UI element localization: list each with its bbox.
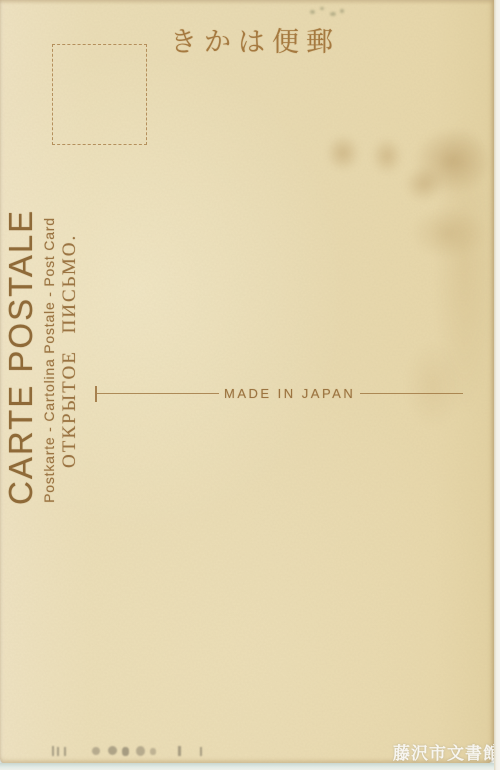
postcard-paper: きかは便郵 CARTE POSTALE Postkarte - Cartolin… [0,0,494,764]
address-divider: MADE IN JAPAN [97,385,463,402]
postcard-multilingual-subtitle: Postkarte - Cartolina Postale - Post Car… [39,204,59,516]
scan-edge-bottom [0,763,500,770]
divider-line-left [97,393,219,395]
paper-stain [398,160,450,208]
paper-stain [400,200,496,266]
carte-postale-title: CARTE POSTALE [0,225,44,505]
ink-smudge [306,6,348,20]
stamp-box [52,44,147,145]
postcard-heading-japanese: きかは便郵 [170,20,340,59]
scanned-postcard-back: きかは便郵 CARTE POSTALE Postkarte - Cartolin… [0,0,500,770]
paper-stain [366,131,408,181]
made-in-japan-label: MADE IN JAPAN [219,386,360,401]
paper-stain [403,118,500,204]
divider-line-right [360,393,463,395]
faint-ink-offset-marks [50,745,220,758]
paper-stain [320,128,366,178]
archive-watermark: 藤沢市文書館 [393,739,500,764]
postcard-cyrillic-label: ОТКРЫТОЕ ПИСЬМО. [57,248,83,468]
scan-edge-right [494,0,500,770]
